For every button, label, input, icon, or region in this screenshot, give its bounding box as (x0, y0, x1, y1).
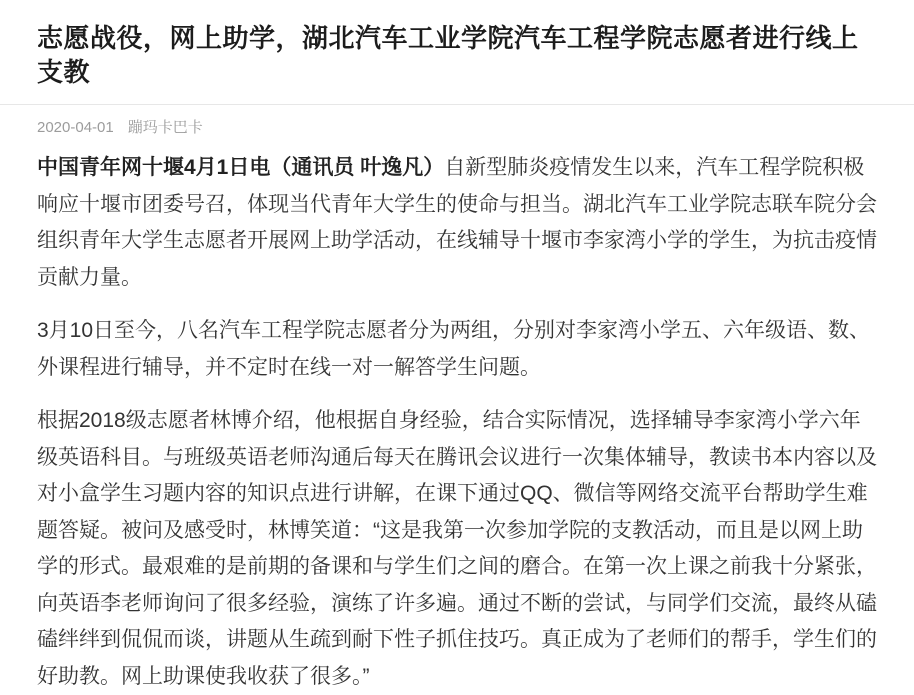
article-title: 志愿战役，网上助学，湖北汽车工业学院汽车工程学院志愿者进行线上支教 (37, 21, 877, 89)
paragraph-lead: 中国青年网十堰4月1日电（通讯员 叶逸凡） (37, 156, 444, 179)
article-body: 中国青年网十堰4月1日电（通讯员 叶逸凡）自新型肺炎疫情发生以来，汽车工程学院积… (37, 150, 877, 695)
title-divider (0, 104, 914, 105)
paragraph-text: 根据2018级志愿者林博介绍，他根据自身经验，结合实际情况，选择辅导李家湾小学六… (37, 409, 877, 688)
paragraph: 中国青年网十堰4月1日电（通讯员 叶逸凡）自新型肺炎疫情发生以来，汽车工程学院积… (37, 150, 877, 296)
paragraph: 根据2018级志愿者林博介绍，他根据自身经验，结合实际情况，选择辅导李家湾小学六… (37, 403, 877, 695)
paragraph: 3月10日至今，八名汽车工程学院志愿者分为两组，分别对李家湾小学五、六年级语、数… (37, 313, 877, 386)
publish-date: 2020-04-01 (37, 119, 114, 136)
article-meta: 2020-04-01蹦玛卡巴卡 (37, 118, 877, 138)
paragraph-text: 3月10日至今，八名汽车工程学院志愿者分为两组，分别对李家湾小学五、六年级语、数… (37, 319, 870, 379)
article-page: 志愿战役，网上助学，湖北汽车工业学院汽车工程学院志愿者进行线上支教 2020-0… (0, 0, 914, 695)
author-name: 蹦玛卡巴卡 (128, 119, 203, 136)
